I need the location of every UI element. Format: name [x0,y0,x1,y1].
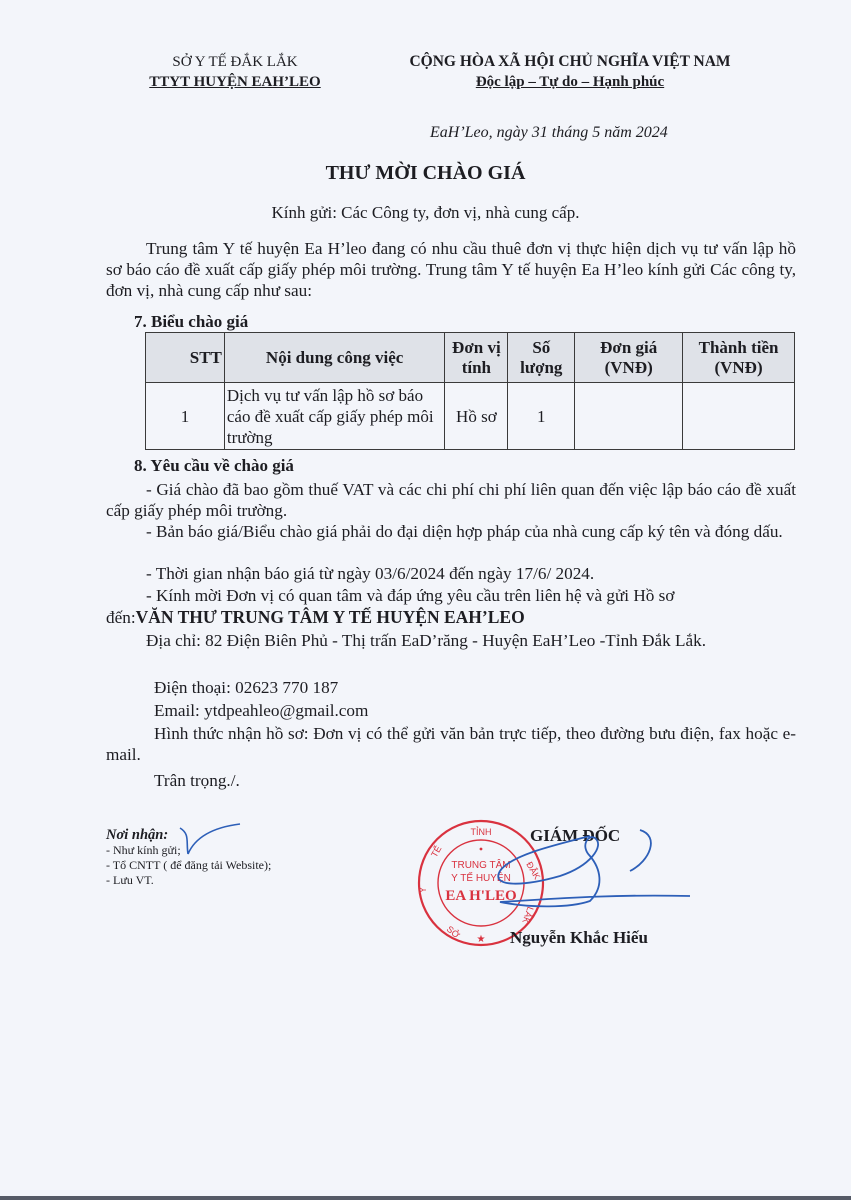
send-to-line: đến:VĂN THƯ TRUNG TÂM Y TẾ HUYỆN EAH’LEO [106,607,796,628]
section-8-heading: 8. Yêu cầu về chào giá [134,456,294,476]
send-to-recipient: VĂN THƯ TRUNG TÂM Y TẾ HUYỆN EAH’LEO [136,607,525,627]
initial-mark-icon [168,820,248,860]
cell-unit-price [575,383,683,450]
send-to-prefix: đến: [106,608,136,627]
agency-name: TTYT HUYỆN EAH’LEO [105,72,365,92]
submission-method: Hình thức nhận hồ sơ: Đơn vị có thể gửi … [106,723,796,765]
document-title: THƯ MỜI CHÀO GIÁ [0,162,851,185]
col-total: Thành tiền (VNĐ) [683,333,795,383]
requirement-item: - Bản báo giá/Biểu chào giá phải do đại … [106,521,796,542]
handwritten-signature-icon [440,816,700,926]
document-date: EaH’Leo, ngày 31 tháng 5 năm 2024 [430,124,668,142]
col-stt: STT [146,333,225,383]
recipient-item: - Lưu VT. [106,873,271,888]
requirement-item: - Giá chào đã bao gồm thuế VAT và các ch… [106,479,796,521]
address-text: Địa chỉ: 82 Điện Biên Phủ - Thị trấn EaD… [146,631,706,650]
signer-name: Nguyễn Khắc Hiếu [510,928,648,948]
address: Địa chỉ: 82 Điện Biên Phủ - Thị trấn EaD… [106,630,796,651]
svg-text:Y: Y [418,887,428,893]
cell-qty: 1 [508,383,575,450]
nation-motto: Độc lập – Tự do – Hạnh phúc [360,72,780,92]
scan-bottom-edge [0,1196,851,1200]
cell-stt: 1 [146,383,225,450]
requirement-item: - Thời gian nhận báo giá từ ngày 03/6/20… [106,563,796,584]
col-qty: Số lượng [508,333,575,383]
table-row: 1 Dịch vụ tư vấn lập hồ sơ báo cáo đề xu… [146,383,795,450]
recipient-item: - Tổ CNTT ( để đăng tải Website); [106,858,271,873]
svg-text:★: ★ [477,934,486,945]
phone: Điện thoại: 02623 770 187 [106,677,844,698]
table-header-row: STT Nội dung công việc Đơn vị tính Số lư… [146,333,795,383]
col-content: Nội dung công việc [224,333,445,383]
requirement-text: - Thời gian nhận báo giá từ ngày 03/6/20… [146,564,594,583]
national-header: CỘNG HÒA XÃ HỘI CHỦ NGHĨA VIỆT NAM Độc l… [360,52,780,92]
cell-total [683,383,795,450]
intro-paragraph: Trung tâm Y tế huyện Ea H’leo đang có nh… [106,238,796,301]
cell-content: Dịch vụ tư vấn lập hồ sơ báo cáo đề xuất… [224,383,445,450]
price-quote-table: STT Nội dung công việc Đơn vị tính Số lư… [145,332,795,450]
requirement-item: - Kính mời Đơn vị có quan tâm và đáp ứng… [106,585,796,606]
requirement-text: - Kính mời Đơn vị có quan tâm và đáp ứng… [146,586,674,605]
method-text: Hình thức nhận hồ sơ: Đơn vị có thể gửi … [106,724,796,764]
addressee: Kính gửi: Các Công ty, đơn vị, nhà cung … [0,203,851,223]
agency-header: SỞ Y TẾ ĐẮK LẮK TTYT HUYỆN EAH’LEO [105,52,365,92]
section-7-heading: 7. Biểu chào giá [134,312,248,332]
col-unit: Đơn vị tính [445,333,508,383]
cell-unit: Hồ sơ [445,383,508,450]
requirement-text: - Giá chào đã bao gồm thuế VAT và các ch… [106,480,796,520]
email: Email: ytdpeahleo@gmail.com [106,700,844,721]
col-unit-price: Đơn giá (VNĐ) [575,333,683,383]
agency-department: SỞ Y TẾ ĐẮK LẮK [105,52,365,72]
intro-text: Trung tâm Y tế huyện Ea H’leo đang có nh… [106,239,796,300]
closing: Trân trọng./. [106,770,844,791]
requirement-text: - Bản báo giá/Biểu chào giá phải do đại … [146,522,783,541]
nation-name: CỘNG HÒA XÃ HỘI CHỦ NGHĨA VIỆT NAM [360,52,780,72]
